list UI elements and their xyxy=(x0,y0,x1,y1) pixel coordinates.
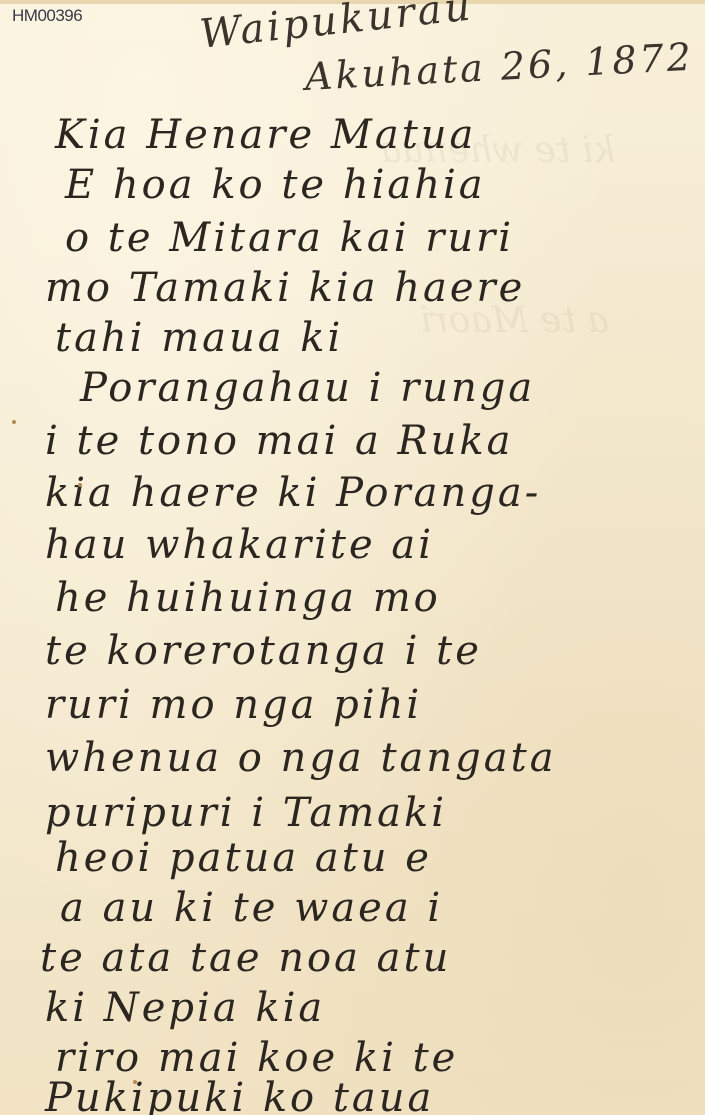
letter-line: a au ki te waea i xyxy=(60,885,443,931)
paper-spot xyxy=(133,1080,137,1084)
letter-line: te korerotanga i te xyxy=(45,628,482,674)
letter-line: E hoa ko te hiahia xyxy=(65,162,486,208)
letter-line: Pukipuki ko taua xyxy=(45,1075,434,1115)
letter-line: Kia Henare Matua xyxy=(55,112,476,158)
letter-date: Akuhata 26, 1872 xyxy=(304,35,695,99)
letter-line: kia haere ki Poranga- xyxy=(45,470,541,516)
letter-line: o te Mitara kai ruri xyxy=(65,215,514,261)
letter-line: whenua o nga tangata xyxy=(45,735,557,781)
letter-page: ki te whenua a te Maori HM00396 Waipukur… xyxy=(0,0,705,1115)
letter-line: i te tono mai a Ruka xyxy=(45,418,514,464)
letter-line: te ata tae noa atu xyxy=(40,935,451,981)
letter-line: hau whakarite ai xyxy=(45,522,434,568)
paper-spot xyxy=(12,420,16,424)
catalog-id: HM00396 xyxy=(12,6,82,26)
letter-line: ki Nepia kia xyxy=(45,985,325,1031)
letter-line: puripuri i Tamaki xyxy=(45,790,447,836)
letter-line: he huihuinga mo xyxy=(55,575,441,621)
letter-line: tahi maua ki xyxy=(55,315,343,361)
letter-line: mo Tamaki kia haere xyxy=(45,265,525,311)
letter-line: heoi patua atu e xyxy=(55,835,432,881)
letter-line: Porangahau i runga xyxy=(80,365,535,411)
paper-spot xyxy=(78,483,82,487)
letter-line: ruri mo nga pihi xyxy=(45,682,422,728)
